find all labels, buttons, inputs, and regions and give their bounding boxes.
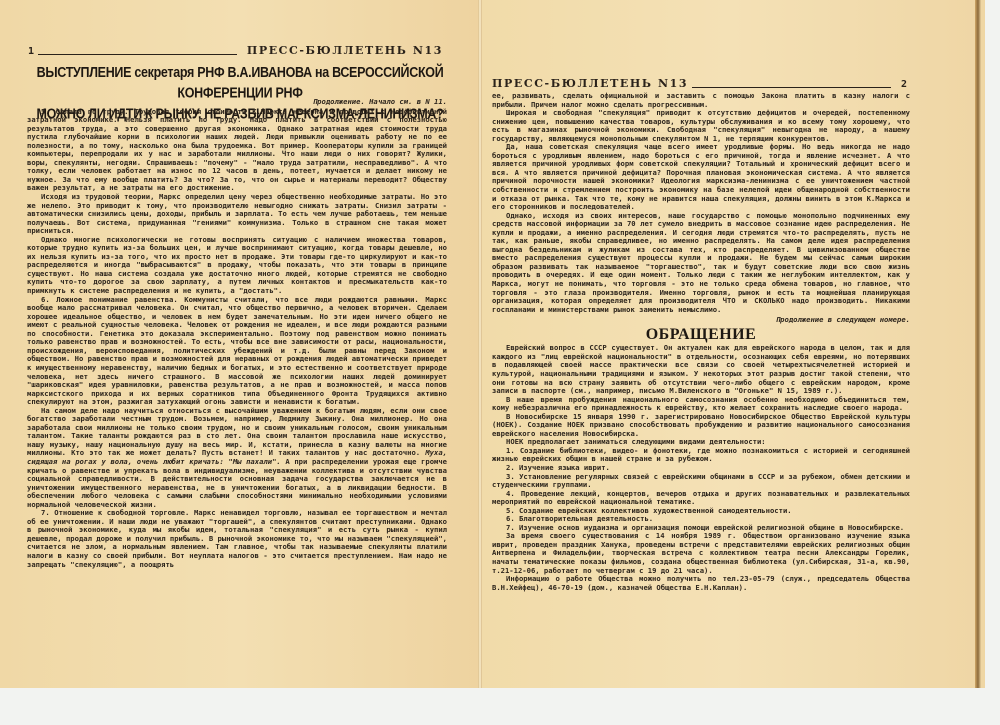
paragraph: Да, наша советская спекуляция чаще всего… — [492, 143, 910, 211]
paragraph: 6. Ложное понимание равенства. Коммунист… — [27, 296, 447, 407]
paragraph-text: А при распределении урожая еще громче кр… — [27, 457, 447, 509]
paragraph: Еврейский вопрос в СССР существует. Он а… — [492, 344, 910, 395]
paragraph: На самом деле надо научиться относиться … — [27, 407, 447, 510]
activity-item: 3. Установление регулярных связей с евре… — [492, 473, 910, 490]
to-be-continued-note: Продолжение в следующем номере. — [492, 316, 910, 325]
article-body-right: ее, развивать, сделать официальной и зас… — [492, 92, 910, 592]
header-rule — [38, 46, 237, 55]
header-rule — [692, 79, 891, 88]
paragraph: За время своего существования с 14 ноябр… — [492, 532, 910, 575]
page-number: 2 — [901, 79, 907, 90]
paragraph: Однако многие психологически не готовы в… — [27, 236, 447, 296]
paragraph: В наше время пробуждения национального с… — [492, 396, 910, 413]
running-header-left: 1 ПРЕСС-БЮЛЛЕТЕНЬ N13 — [28, 44, 443, 57]
bulletin-spread: 1 ПРЕСС-БЮЛЛЕТЕНЬ N13 ВЫСТУПЛЕНИЕ секрет… — [0, 0, 985, 688]
running-title: ПРЕСС-БЮЛЛЕТЕНЬ N13 — [492, 77, 688, 90]
paragraph: Однако, исходя из своих интересов, наше … — [492, 212, 910, 315]
page-right: ПРЕСС-БЮЛЛЕТЕНЬ N13 2 ее, развивать, сде… — [482, 0, 980, 688]
booklet-edge — [975, 0, 981, 688]
page-left: 1 ПРЕСС-БЮЛЛЕТЕНЬ N13 ВЫСТУПЛЕНИЕ секрет… — [0, 0, 478, 688]
activity-item: 4. Проведение лекций, концертов, вечеров… — [492, 490, 910, 507]
activity-item: 1. Создание библиотеки, видео- и фонотек… — [492, 447, 910, 464]
paragraph: 7. Отношение к свободной торговле. Маркс… — [27, 509, 447, 569]
paragraph: Информацию о работе Общества можно получ… — [492, 575, 910, 592]
paragraph: Широкая и свободная "спекуляция" приводи… — [492, 109, 910, 143]
running-title: ПРЕСС-БЮЛЛЕТЕНЬ N13 — [247, 44, 443, 57]
page-number: 1 — [28, 46, 34, 57]
paragraph: 5. Оплата по труду. Трудовая теория стои… — [27, 108, 447, 193]
paragraph-text: На самом деле надо научиться относиться … — [27, 406, 447, 458]
appeal-title: ОБРАЩЕНИЕ — [492, 331, 910, 340]
article-body-left: Продолжение. Начало см. в N 11. 5. Оплат… — [27, 98, 447, 569]
running-header-right: ПРЕСС-БЮЛЛЕТЕНЬ N13 2 — [492, 77, 907, 90]
continuation-note: Продолжение. Начало см. в N 11. — [27, 98, 447, 107]
paragraph: Исходя из трудовой теории, Маркс определ… — [27, 193, 447, 236]
paragraph: ее, развивать, сделать официальной и зас… — [492, 92, 910, 109]
paragraph: В Новосибирске 15 января 1990 г. зарегис… — [492, 413, 910, 439]
